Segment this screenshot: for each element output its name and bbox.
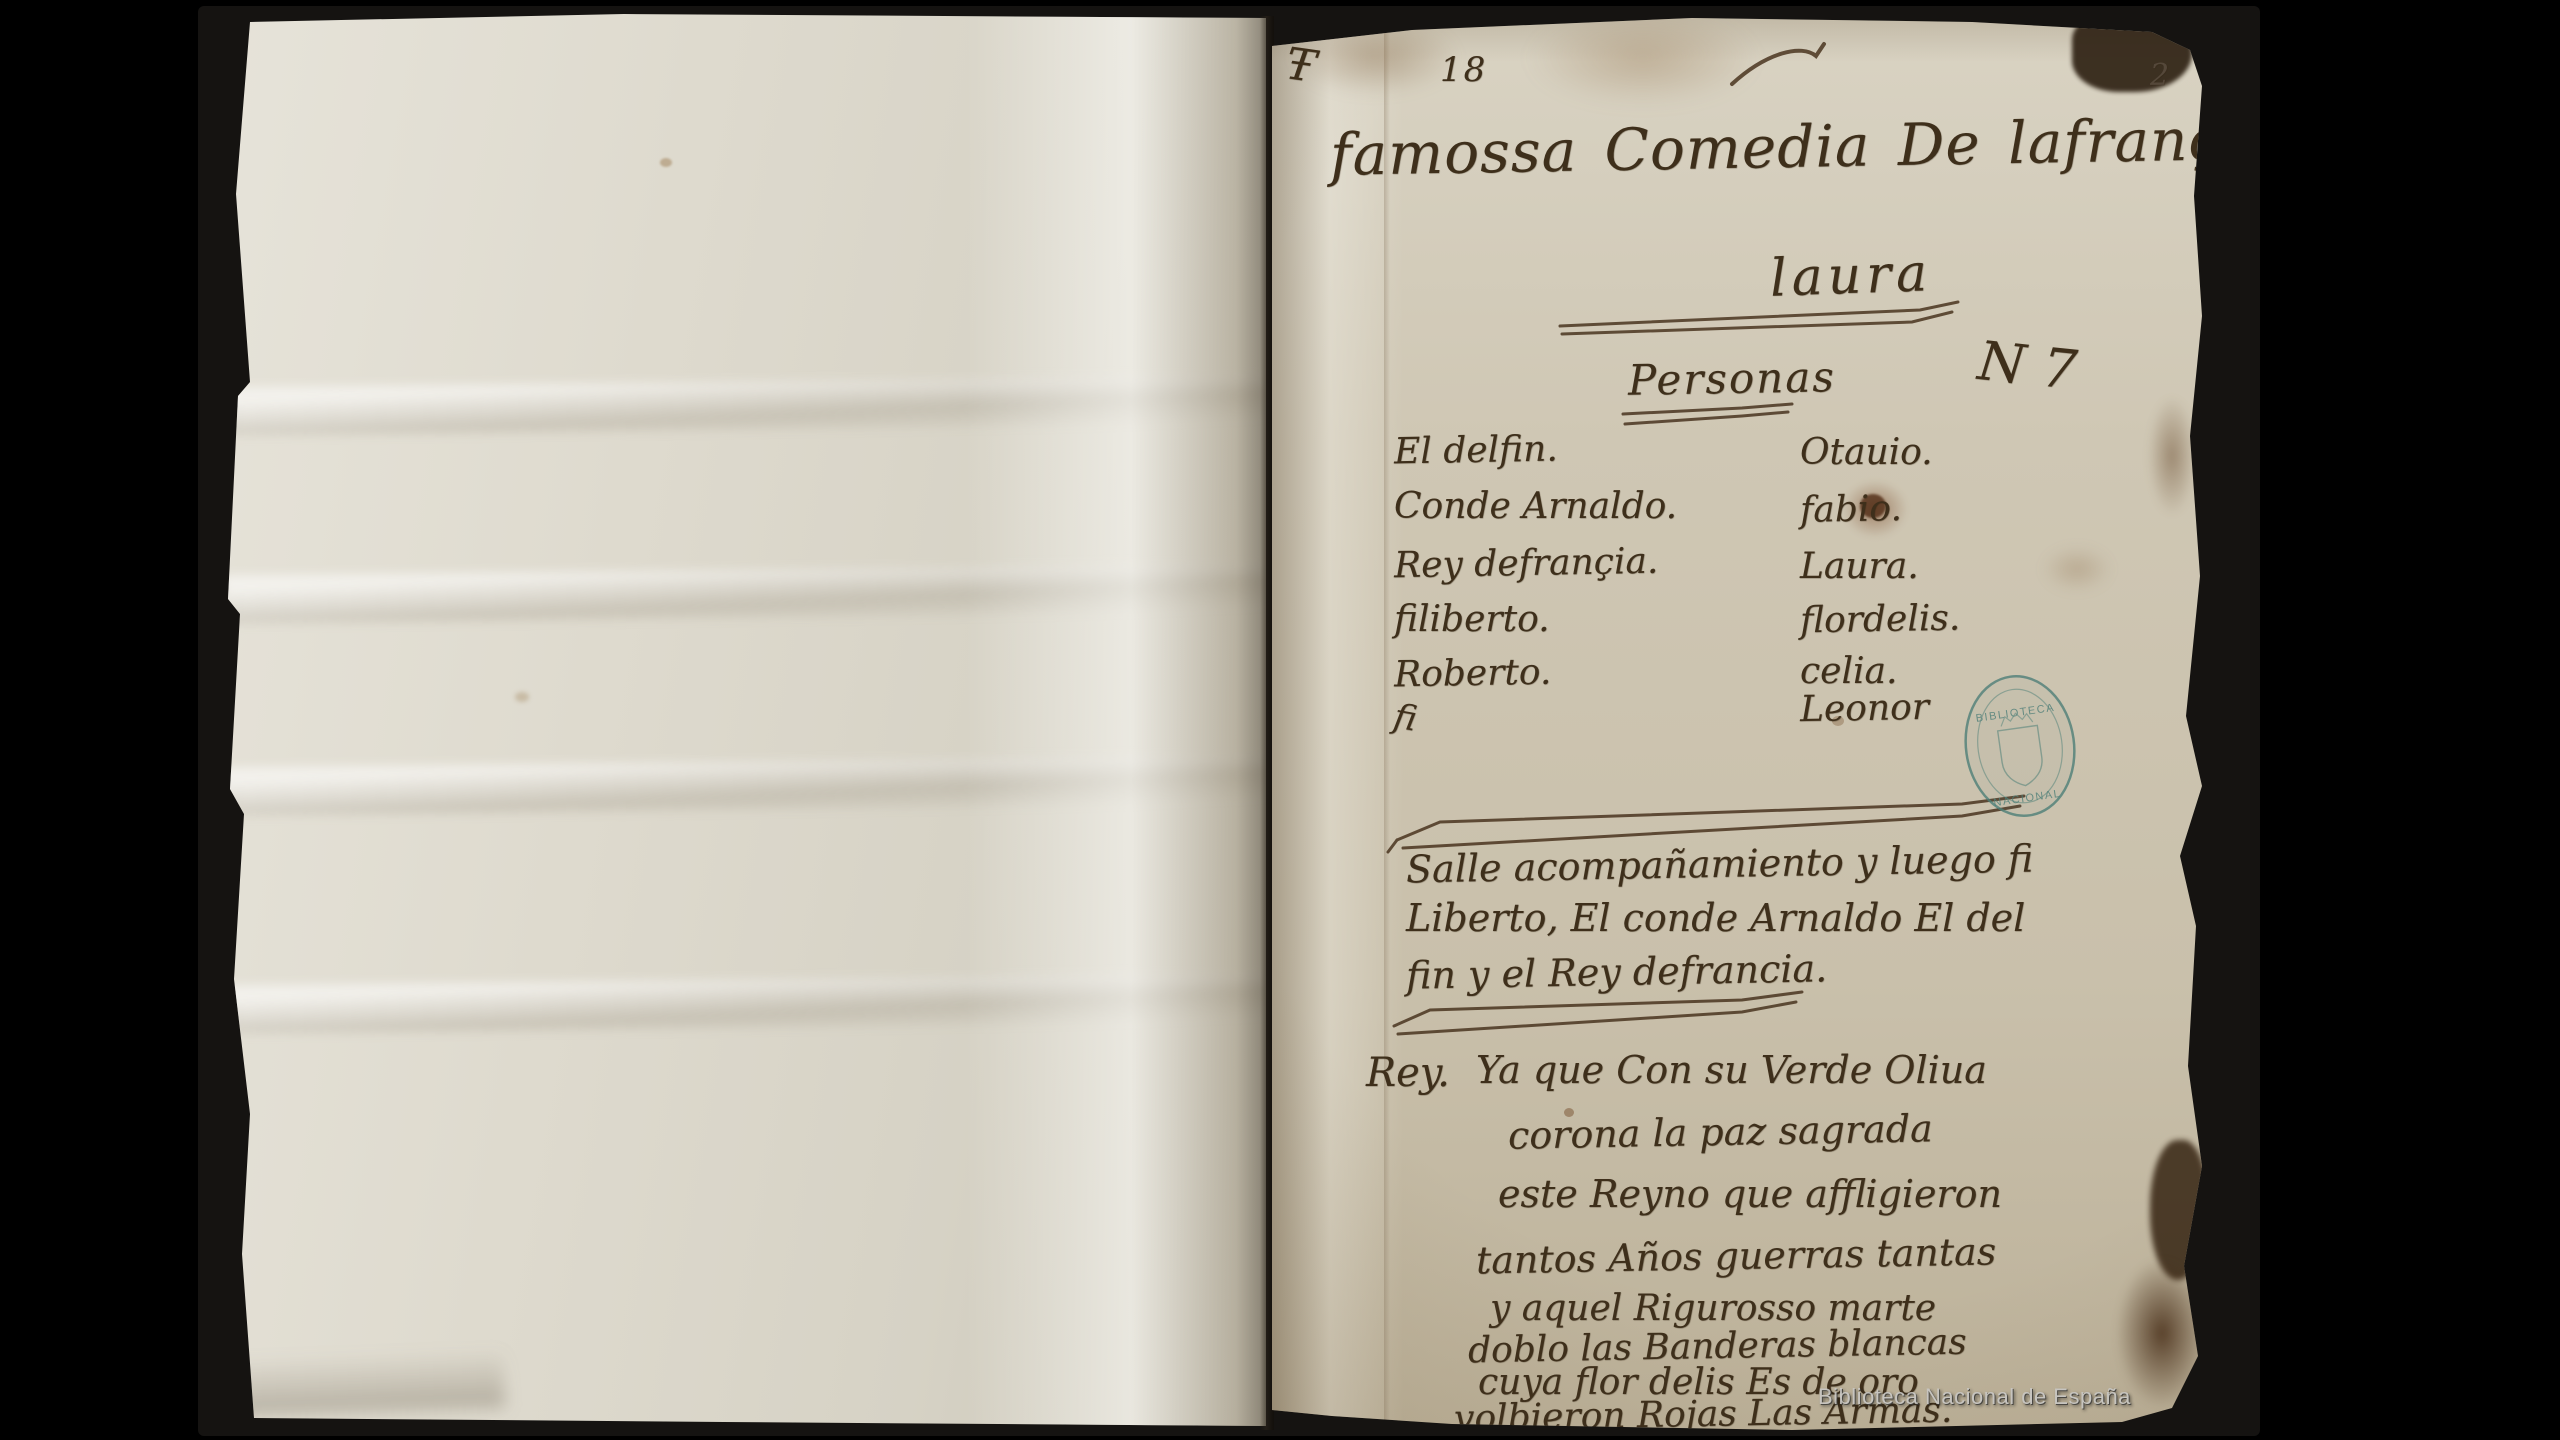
corner-archive-mark: Ŧ	[1283, 38, 1319, 93]
persona-name: filiberto.	[1394, 599, 1550, 640]
persona-name: Rey defrançia.	[1394, 541, 1659, 587]
persona-name: Roberto.	[1394, 652, 1552, 696]
stain	[2042, 546, 2112, 592]
shelf-number-mark: N 7	[1975, 329, 2080, 402]
folio-number: 2	[2150, 58, 2169, 93]
digitized-manuscript-photo: BIBLIOTECA NACIONAL Ŧ 18 2 N 7 famossa C…	[0, 0, 2560, 1440]
book-gutter	[1260, 16, 1274, 1430]
persona-name: Conde Arnaldo.	[1394, 486, 1677, 527]
speaker-label: Rey.	[1366, 1050, 1450, 1096]
persona-name: fi	[1391, 696, 1420, 739]
persona-name: fabio.	[1800, 488, 1903, 531]
stamp-shield	[1998, 725, 2046, 788]
verse-line: corona la paz sagrada	[1508, 1106, 1933, 1157]
stain	[2148, 396, 2196, 516]
left-blank-page	[224, 14, 1266, 1426]
verse-line: Ya que Con su Verde Oliua	[1476, 1048, 1987, 1092]
stamp-text-top: BIBLIOTECA	[1975, 702, 2056, 725]
persona-name: Laura.	[1800, 546, 1919, 587]
library-stamp: BIBLIOTECA NACIONAL	[1957, 669, 2083, 823]
persona-name: Leonor	[1800, 687, 1930, 730]
stain	[1528, 10, 1758, 106]
persona-name: celia.	[1800, 651, 1897, 692]
persona-name: flordelis.	[1800, 598, 1961, 642]
stamp-crown	[2000, 711, 2033, 726]
margin-fold	[1384, 16, 1390, 1432]
stage-direction-line: Liberto, El conde Arnaldo El del	[1406, 896, 2025, 940]
verse-line: este Reyno que affligieron	[1498, 1172, 2002, 1216]
persona-name: Otauio.	[1800, 432, 1933, 473]
persona-name: El delfin.	[1394, 429, 1558, 473]
personas-heading: Personas	[1628, 352, 1837, 405]
verse-line: tantos Años guerras tantas	[1476, 1229, 1997, 1282]
paper-speck	[660, 158, 672, 167]
gutter-sheen	[966, 14, 1266, 1426]
stage-direction-line: Salle acompañamiento y luego fi	[1406, 837, 2034, 892]
number-18-mark: 18	[1440, 50, 1487, 90]
title-line-2: laura	[1769, 243, 1933, 309]
bne-watermark: Biblioteca Nacional de España	[1818, 1384, 2131, 1410]
stage-direction-line: fin y el Rey defrancia.	[1406, 946, 1828, 997]
paper-speck	[515, 692, 529, 702]
stamp-text-bottom: NACIONAL	[1993, 788, 2062, 809]
page-curl-shadow	[233, 1349, 505, 1416]
manuscript-page: BIBLIOTECA NACIONAL Ŧ 18 2 N 7 famossa C…	[1272, 16, 2208, 1432]
